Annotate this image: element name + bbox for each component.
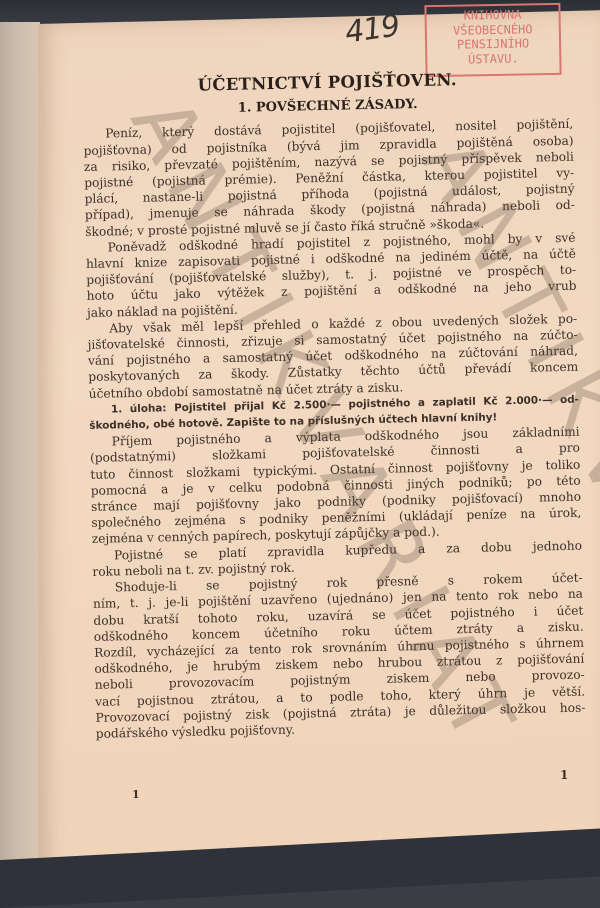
body-text: Peníz, který dostává pojistitel (pojišťo… [83,116,586,742]
printer-signature-mark: 1 [132,788,140,801]
page-number: 1 [560,768,568,782]
handwritten-catalog-number: 419 [343,8,402,50]
page-content: ÚČETNICTVÍ POJIŠŤOVEN. 1. POVŠECHNÉ ZÁSA… [82,64,586,742]
book-binding-edge [0,22,40,888]
section-heading: 1. POVŠECHNÉ ZÁSADY. [83,94,573,120]
page-title: ÚČETNICTVÍ POJIŠŤOVEN. [82,70,572,96]
